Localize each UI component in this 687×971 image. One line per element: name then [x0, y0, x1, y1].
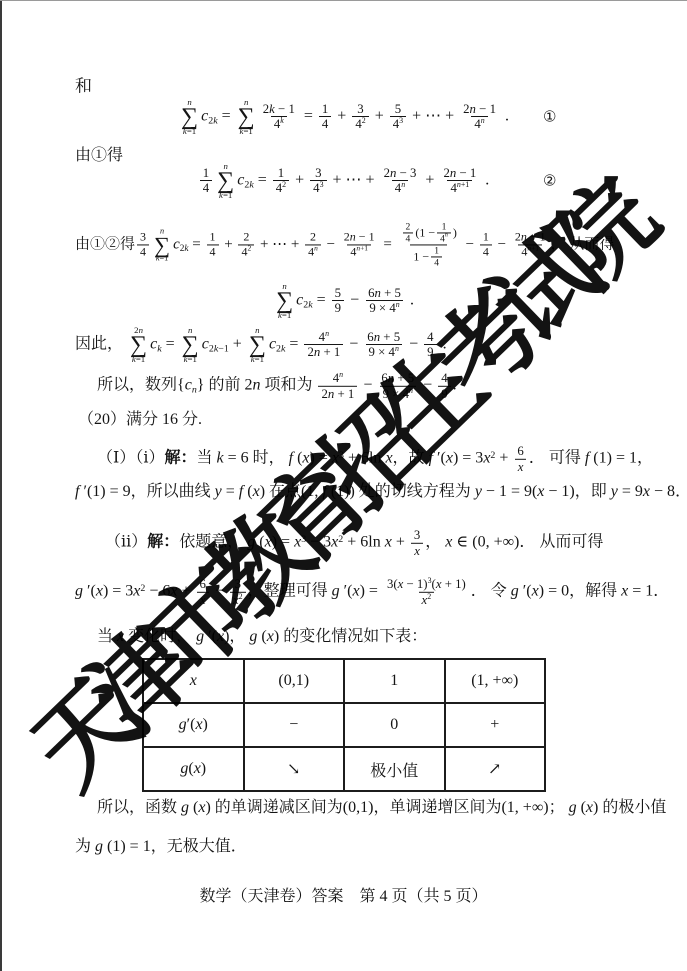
fraction-numerator: 1 — [207, 231, 219, 245]
math-run: + ⋯ + — [329, 172, 379, 189]
scan-edge-top — [0, 0, 687, 1]
text-run: 所以，函数 — [97, 799, 181, 816]
math-run: 6 — [517, 444, 523, 459]
math-text: 4 — [483, 245, 489, 259]
fraction-denominator: 4 — [137, 245, 149, 260]
math-text: − 1 = 9( — [482, 483, 537, 500]
math-text: =1 — [223, 190, 232, 200]
subscript: 2k — [180, 244, 189, 254]
math-run: g ′(x) = — [332, 583, 382, 600]
math-run: = — [380, 236, 396, 252]
math-text: ↗ — [488, 761, 501, 778]
math-text: + — [371, 108, 388, 125]
math-variable: x — [190, 672, 197, 689]
fraction-denominator: 4n+1 — [447, 180, 472, 196]
fraction-numerator: 2 — [307, 231, 319, 245]
table-row: x(0,1)1(1, +∞) — [143, 659, 545, 703]
formula-derivation-long: 由①②得34n∑k=1c2k = 14 + 242 + ⋯ + 24n − 2n… — [75, 221, 681, 268]
math-text: + — [495, 450, 512, 467]
math-variable: x — [194, 760, 201, 777]
math-run: + — [333, 108, 350, 125]
text-run: 的单调递减区间为 — [211, 799, 343, 816]
math-run: g (x) = x — [247, 534, 301, 551]
fraction: 14 — [480, 231, 492, 260]
fraction-denominator: 9 × 4n — [366, 300, 402, 316]
math-run: 3 — [140, 231, 146, 245]
math-text: =1 — [187, 126, 196, 136]
math-text: + ⋯ + — [408, 108, 458, 125]
fraction-denominator: 4n+1 — [518, 245, 542, 260]
summation: n∑k=1 — [238, 98, 255, 136]
superscript: 2 — [427, 592, 431, 601]
superscript: n — [409, 386, 413, 395]
math-run: + — [421, 172, 438, 189]
math-run: 1 — [442, 221, 447, 232]
fraction-numerator: 4n — [316, 330, 332, 345]
math-run: 3 — [235, 577, 241, 592]
fraction: 242 — [238, 231, 254, 260]
table-cell: x — [143, 659, 244, 703]
sigma-icon: ∑ — [238, 107, 255, 127]
math-text: 极小值 — [370, 763, 418, 780]
summation: 2n∑k=1 — [130, 326, 147, 364]
math-text: 4 — [434, 258, 439, 269]
fraction-denominator: 4 — [319, 116, 331, 132]
text-run: . — [439, 336, 447, 353]
formula-eq1: n∑k=1c2k = n∑k=12k − 14k = 14 + 342 + 54… — [70, 98, 617, 136]
math-text: −1 — [218, 344, 229, 355]
text-table-intro: 当 x 变化时， g ′(x)， g (x) 的变化情况如下表： — [97, 627, 681, 647]
superscript: 2 — [362, 116, 366, 125]
math-variable: x — [200, 593, 206, 607]
superscript: n — [314, 245, 318, 254]
superscript: 2 — [282, 180, 286, 189]
math-text: =1 — [136, 354, 145, 364]
math-variable: x — [446, 450, 453, 467]
math-run: 2 — [406, 221, 411, 232]
math-variable: n — [325, 329, 329, 338]
fraction-denominator: 4 — [200, 180, 212, 196]
math-run: + — [229, 336, 246, 353]
text-run: ， 从而得 — [551, 236, 615, 252]
superscript: n+1 — [457, 180, 469, 189]
fraction-numerator: 1 — [200, 166, 212, 181]
math-text: − 1 — [356, 230, 375, 244]
fraction-denominator: x2 — [230, 592, 246, 608]
math-text: − 8 — [650, 483, 675, 500]
table-cell: ↘ — [244, 747, 345, 791]
math-text: 4 — [203, 181, 209, 195]
math-text: − 1) — [544, 483, 574, 500]
math-run: x = 1 — [621, 583, 653, 600]
text-run: ，故 — [393, 450, 429, 467]
math-variable: x — [643, 483, 650, 500]
fraction: 2n − 14n+1 — [440, 166, 479, 196]
math-run: 3 — [357, 102, 363, 117]
math-text: 3 — [320, 180, 324, 189]
math-variable: n — [395, 344, 399, 353]
math-run: g (x) — [569, 799, 599, 816]
math-text: (1) = 1 — [103, 838, 151, 855]
math-run: c — [173, 236, 180, 252]
table-cell: 1 — [344, 659, 445, 703]
math-text: − 3 — [306, 534, 331, 551]
table-row: g(x)↘极小值↗ — [143, 747, 545, 791]
math-text: − — [359, 377, 376, 394]
fraction-numerator: 6 — [514, 444, 526, 459]
math-run: − — [462, 236, 478, 252]
math-variable: x — [96, 583, 103, 600]
math-run: − 6x + — [145, 583, 194, 600]
math-run: 9 — [427, 345, 433, 360]
fraction: 49 — [424, 330, 436, 360]
fraction-numerator: 3 — [354, 102, 366, 117]
fraction: 6x — [197, 577, 209, 607]
math-run: c — [202, 336, 209, 353]
sum-lower-limit: k=1 — [240, 127, 253, 136]
math-variable: g — [95, 838, 103, 855]
text-run: 处的切线方程为 — [355, 483, 475, 500]
table-cell: − — [244, 703, 345, 747]
math-run: g ′(x) = 3x — [75, 583, 140, 600]
fraction: 14 — [200, 166, 212, 196]
fraction-numerator: 5 — [332, 286, 344, 301]
fraction-denominator: 4 — [431, 257, 442, 269]
math-run: (0,1) — [343, 799, 374, 816]
math-text: 9 — [427, 345, 433, 359]
math-text: =1 — [187, 354, 196, 364]
math-text: 3 — [140, 230, 146, 244]
math-run: ) — [453, 226, 457, 240]
summation: n∑k=1 — [181, 98, 198, 136]
text-run: 由①②得 — [75, 236, 135, 252]
fraction: 2n − 14n+1 — [512, 231, 549, 260]
text-monotonic-conclusion: 所以，函数 g (x) 的单调递减区间为(0,1)，单调递增区间为(1, +∞)… — [97, 798, 681, 818]
math-text: 1 — [434, 246, 439, 257]
math-text: 1 — [210, 230, 216, 244]
math-run: g (x) — [249, 628, 279, 645]
math-run: = — [300, 108, 317, 125]
math-text: (1) = 1 — [589, 450, 637, 467]
math-run: 4 — [203, 181, 209, 196]
math-text: = 6 — [224, 450, 249, 467]
text-minimum-value: 为 g (1) = 1，无极大值． — [75, 837, 681, 857]
math-text: = — [380, 236, 396, 252]
math-variable: x — [385, 534, 392, 551]
fraction: 49 — [438, 371, 450, 401]
math-text: 3 — [428, 576, 432, 585]
fraction: 24n — [305, 231, 321, 260]
math-text: ) = — [272, 534, 294, 551]
math-text: (1, +∞) — [501, 799, 548, 816]
math-text: (0,1) — [343, 799, 374, 816]
fraction-denominator: 4 — [480, 245, 492, 260]
fraction-denominator: 9 — [424, 344, 436, 360]
math-text: = — [189, 236, 205, 252]
fraction-numerator: 1 — [431, 246, 442, 257]
text-run: 项和为 — [260, 377, 316, 394]
fraction-numerator: 1 — [480, 231, 492, 245]
math-text: 9 — [441, 387, 447, 401]
text-and: 和 — [75, 75, 681, 96]
math-variable: x — [332, 450, 339, 467]
math-text: + — [291, 172, 308, 189]
math-text: ↘ — [287, 761, 300, 778]
math-text: 4 — [406, 233, 411, 244]
math-text: ) = 3 — [103, 583, 133, 600]
math-variable: x — [217, 628, 224, 645]
math-variable: g — [332, 583, 340, 600]
fraction-numerator: 3 — [411, 528, 423, 543]
math-run: 4 — [210, 246, 216, 260]
fraction-denominator: 42 — [352, 116, 368, 132]
exam-answer-page: 和n∑k=1c2k = n∑k=12k − 14k = 14 + 342 + 5… — [0, 0, 687, 971]
summation: n∑k=1 — [182, 326, 199, 364]
summation: n∑k=1 — [217, 162, 234, 200]
math-variable: c — [173, 236, 180, 252]
text-tangent-line: f ′(1) = 9，所以曲线 y = f (x) 在点(1, f (1)) 处… — [75, 482, 681, 502]
fraction: 2n − 14n+1 — [341, 231, 378, 260]
math-variable: n — [314, 244, 318, 253]
math-run: = — [218, 108, 235, 125]
math-text: ) — [203, 716, 208, 733]
math-run: c — [269, 336, 276, 353]
fraction-denominator: x — [515, 459, 527, 475]
math-run: 6 — [200, 577, 206, 592]
math-run: = — [189, 236, 205, 252]
math-variable: n — [339, 370, 343, 379]
math-text: 5 — [335, 286, 341, 300]
math-run: (1 − — [415, 226, 435, 240]
superscript: n+1 — [527, 245, 539, 254]
summation: n∑k=1 — [249, 326, 266, 364]
math-run: 1 − — [413, 250, 429, 264]
math-text: +1 — [461, 180, 469, 189]
math-run: 6n + 5 — [367, 330, 400, 345]
math-run: = — [285, 336, 302, 353]
text-run: 所以，数列 — [97, 377, 177, 394]
math-text: + 6 — [343, 534, 368, 551]
math-run: (1, +∞) — [501, 799, 548, 816]
math-text: 2 — [247, 244, 251, 253]
math-run: = — [162, 336, 179, 353]
math-run: 4 — [434, 258, 439, 269]
math-run: 2 — [243, 231, 249, 245]
math-variable: x — [302, 450, 309, 467]
math-run: 1 — [278, 166, 284, 181]
page-footer: 数学（天津卷）答案 第 4 页（共 5 页） — [0, 883, 687, 906]
math-text: ) = — [360, 583, 382, 600]
math-text: 6 — [517, 444, 523, 458]
fraction-denominator: 4n — [392, 180, 408, 196]
superscript: n — [401, 180, 405, 189]
fraction-numerator: 2 — [403, 221, 414, 232]
table-cell: + — [445, 703, 546, 747]
math-text: 1 — [203, 166, 209, 180]
fraction-numerator: 4 — [438, 371, 450, 386]
math-text: =1 — [255, 354, 264, 364]
math-text: ln — [369, 450, 381, 467]
math-variable: x — [253, 483, 260, 500]
math-text: ′( — [519, 583, 532, 600]
math-text: + 5 — [381, 286, 401, 300]
text-run: （20）满分 16 分. — [78, 411, 202, 428]
math-run: {c — [177, 377, 192, 394]
text-run: ，无极大值． — [151, 838, 247, 855]
math-variable: x — [385, 450, 392, 467]
math-text: 1 — [442, 221, 447, 232]
math-run: + 6ln x — [344, 450, 393, 467]
sigma-icon: ∑ — [154, 235, 170, 254]
math-run: − — [405, 336, 422, 353]
math-text: +1 — [531, 244, 539, 253]
math-run: x ∈ (0, +∞) — [445, 534, 519, 551]
equation-number: ② — [543, 172, 556, 191]
math-run: 2k − 1 — [263, 102, 295, 117]
fraction: 34 — [137, 231, 149, 260]
math-text: − 3 — [396, 166, 416, 180]
subscript: 2k — [208, 116, 217, 127]
fraction: 14n — [437, 221, 451, 244]
fraction: 543 — [390, 102, 406, 132]
fraction-denominator: 43 — [390, 116, 406, 132]
math-text: (1, — [301, 483, 322, 500]
math-text: (1 − — [415, 225, 435, 239]
text-run: 依题意， — [179, 534, 247, 551]
text-conclusion-sum: 所以，数列{cn} 的前 2n 项和为 4n2n + 1 − 6n + 59 ×… — [97, 371, 681, 401]
math-variable: n — [409, 386, 413, 395]
math-run: 2n − 1 — [344, 231, 375, 245]
math-variable: c — [185, 377, 192, 394]
fraction-denominator: 42 — [238, 245, 254, 260]
text-run: 当 — [196, 450, 216, 467]
math-variable: g — [75, 583, 83, 600]
math-text: ( — [243, 483, 252, 500]
math-run: + — [371, 108, 388, 125]
superscript: 2 — [239, 592, 243, 601]
text-run: 和 — [75, 76, 92, 95]
math-run: 9 × 4 — [369, 301, 395, 316]
text-run: ，解得 — [569, 583, 621, 600]
fraction-denominator: 4n — [437, 232, 451, 244]
text-run: （Ⅰ）（ⅰ） — [97, 450, 164, 467]
math-variable: x — [195, 716, 202, 733]
superscript: n — [481, 116, 485, 125]
fraction-denominator: 9 × 4n — [366, 344, 402, 360]
math-text: ( — [257, 628, 266, 645]
equation-number: ① — [543, 108, 556, 127]
fraction: 6x — [514, 444, 526, 474]
fraction-denominator: 43 — [310, 180, 326, 196]
math-run: 4 — [427, 330, 433, 345]
math-text: − 6 — [145, 583, 170, 600]
math-variable: y — [611, 483, 618, 500]
math-run: f ′(1) = 9 — [75, 483, 131, 500]
math-run: 4 — [140, 246, 146, 260]
fraction-denominator: 9 — [438, 386, 450, 402]
math-run: 1 — [203, 166, 209, 181]
math-variable: x — [518, 460, 524, 474]
fraction-numerator: 2 — [240, 231, 252, 245]
math-text: + 5 — [380, 330, 400, 344]
math-run: 1 — [483, 231, 489, 245]
math-run: y − 1 = 9(x − 1) — [475, 483, 575, 500]
math-variable: n — [396, 300, 400, 309]
table-cell: (1, +∞) — [445, 659, 546, 703]
math-run: 6n + 5 — [368, 286, 401, 301]
math-text: + 1) — [442, 577, 466, 591]
math-run: x — [518, 460, 524, 475]
math-run: g (1) = 1 — [95, 838, 151, 855]
math-text: = — [162, 336, 179, 353]
text-solution-ii: （ⅱ）解：依题意， g (x) = x3 − 3x2 + 6ln x + 3x，… — [105, 528, 681, 558]
math-text: 4 — [322, 117, 328, 131]
math-text: = — [300, 108, 317, 125]
text-run: ，即 — [575, 483, 611, 500]
math-text: 2 — [362, 116, 366, 125]
math-text: { — [177, 377, 185, 394]
math-text: = 9 — [618, 483, 643, 500]
text-run: 的变化情况如下表： — [279, 628, 427, 645]
math-run: g ′(x) — [196, 628, 229, 645]
subscript: 2k−1 — [209, 344, 229, 355]
fraction: 142 — [273, 166, 289, 196]
math-text: 9 — [335, 301, 341, 315]
math-text: + 6 — [344, 450, 369, 467]
sigma-icon: ∑ — [276, 291, 293, 311]
math-run: − — [323, 236, 339, 252]
math-variable: k — [280, 116, 284, 125]
subscript: 2k — [303, 300, 312, 311]
text-run: ， — [229, 628, 249, 645]
math-text: = 1 — [628, 583, 653, 600]
math-run: − — [419, 377, 436, 394]
math-run: g (x) — [181, 799, 211, 816]
math-text: + — [490, 716, 499, 733]
math-run: y = f (x) — [215, 483, 265, 500]
math-run: − — [359, 377, 376, 394]
table-cell: (0,1) — [244, 659, 345, 703]
math-text: 4 — [427, 330, 433, 344]
fraction: 6n + 59 × 4n — [364, 330, 403, 360]
math-variable: x — [267, 628, 274, 645]
text-run: 为 — [75, 838, 95, 855]
table-cell: g(x) — [143, 747, 244, 791]
math-variable: c — [202, 336, 209, 353]
math-text: = — [285, 336, 302, 353]
table-cell: 0 — [344, 703, 445, 747]
fraction: 4n2n + 1 — [318, 371, 357, 401]
math-variable: g — [196, 628, 204, 645]
text-problem-20: （20）满分 16 分. — [78, 410, 681, 430]
text-run: 的前 — [204, 377, 244, 394]
math-text: + 1 — [320, 345, 340, 359]
math-text: 6 — [200, 577, 206, 591]
math-text: + — [421, 172, 438, 189]
fraction: 14 — [207, 231, 219, 260]
superscript: 3 — [399, 116, 403, 125]
fraction-denominator: 2n + 1 — [318, 386, 357, 402]
math-text: ∈ (0, +∞) — [452, 534, 519, 551]
text-run: . — [501, 108, 509, 125]
math-run: 1 — [434, 246, 439, 257]
fraction: 14 — [319, 102, 331, 132]
text-run: ． — [653, 583, 669, 600]
math-variable: g — [511, 583, 519, 600]
math-text: 1 — [483, 230, 489, 244]
text-run: （ⅱ） — [105, 534, 147, 551]
math-run: 9 × 4 — [383, 387, 409, 402]
